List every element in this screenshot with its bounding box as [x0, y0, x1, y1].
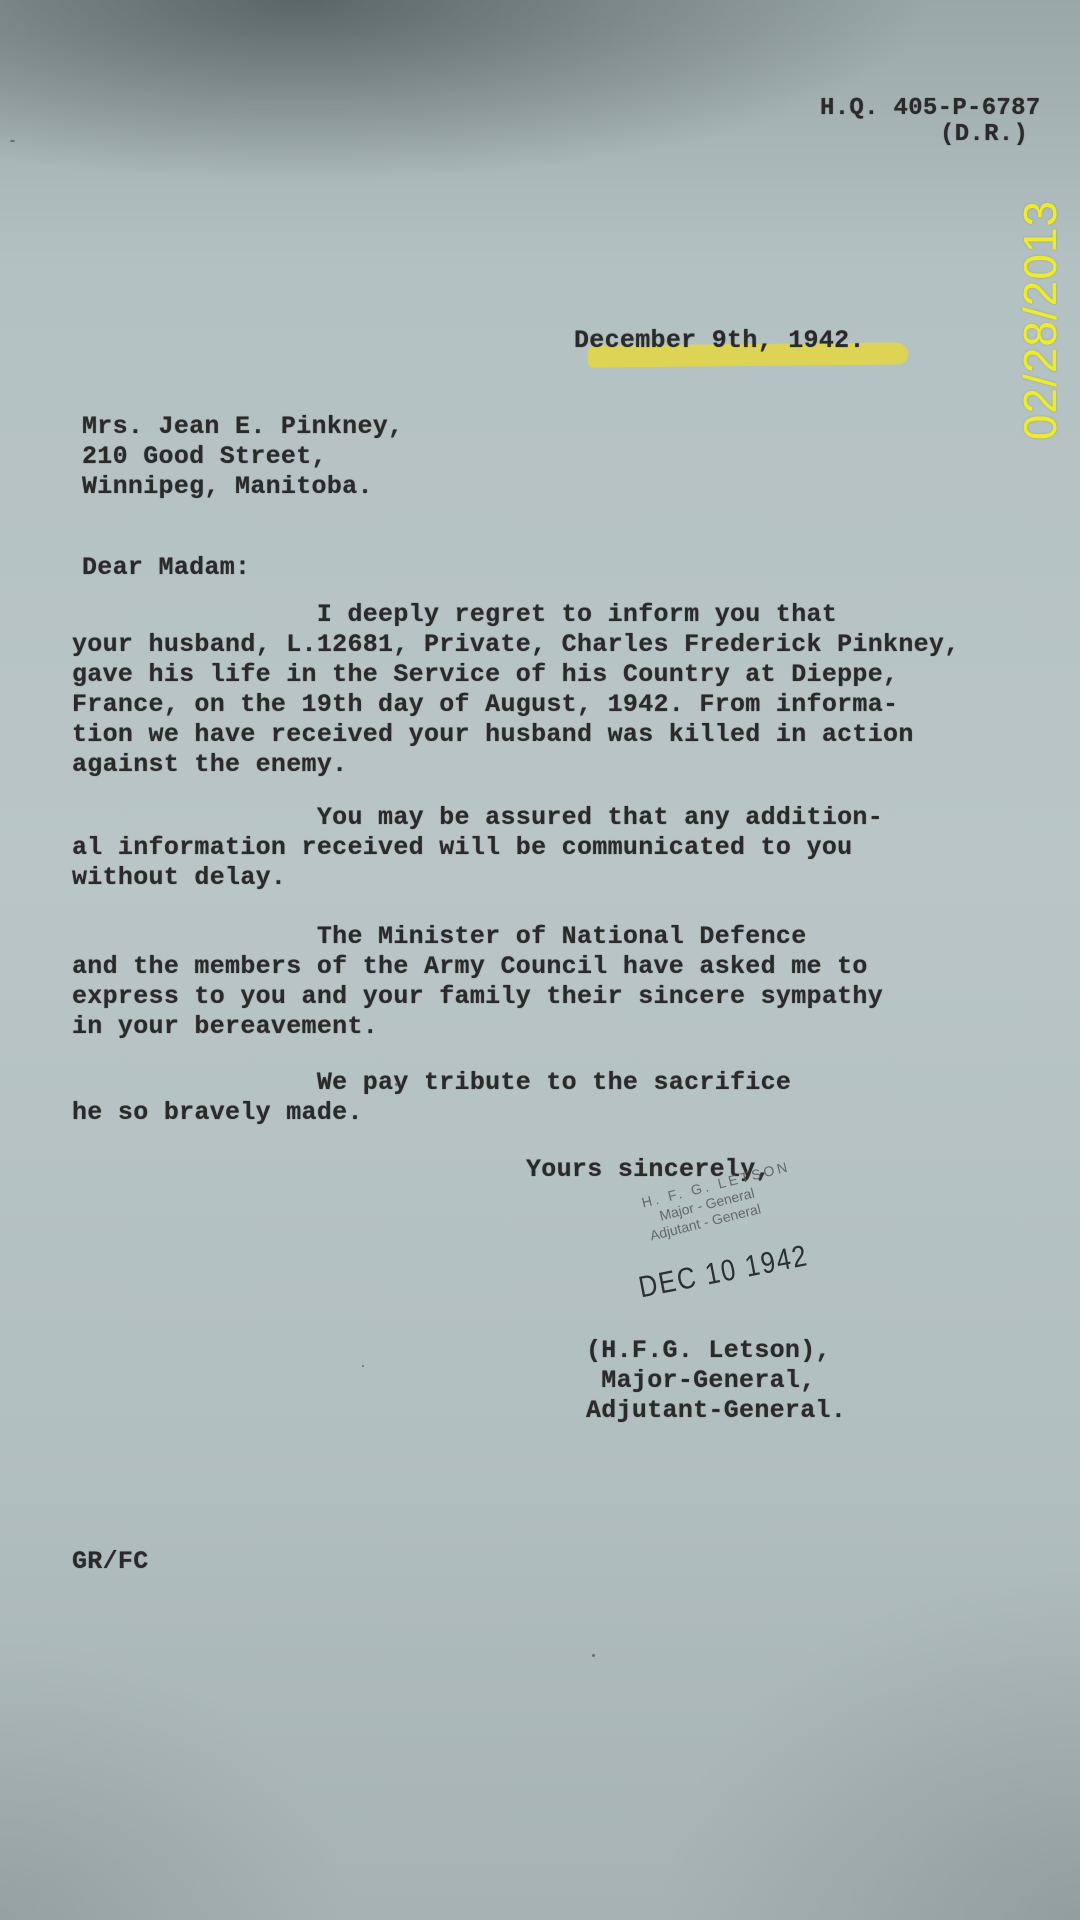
paper-speck: [362, 1365, 364, 1367]
signature-block: (H.F.G. Letson), Major-General, Adjutant…: [586, 1336, 846, 1426]
reference-code: (D.R.): [940, 122, 1028, 148]
recipient-street: 210 Good Street,: [82, 442, 327, 471]
letter-date-block: December 9th, 1942.: [574, 326, 865, 356]
reference-number: H.Q. 405-P-6787: [820, 96, 1041, 122]
signatory-title: Adjutant-General.: [586, 1396, 846, 1425]
body-paragraph-notification: I deeply regret to inform you that your …: [72, 600, 960, 780]
recipient-address: Mrs. Jean E. Pinkney, 210 Good Street, W…: [82, 412, 403, 502]
salutation: Dear Madam:: [82, 553, 250, 583]
recipient-name: Mrs. Jean E. Pinkney,: [82, 412, 403, 441]
paper-speck: [10, 140, 15, 142]
recipient-city: Winnipeg, Manitoba.: [82, 472, 373, 501]
reference-initials: GR/FC: [72, 1547, 149, 1577]
letter-date: December 9th, 1942.: [574, 326, 865, 356]
signatory-name: (H.F.G. Letson),: [586, 1336, 831, 1365]
paper-speck: [592, 1654, 595, 1657]
body-paragraph-tribute: We pay tribute to the sacrifice he so br…: [72, 1068, 791, 1128]
paper-speck: [395, 1083, 398, 1086]
body-paragraph-sympathy: The Minister of National Defence and the…: [72, 922, 883, 1042]
body-paragraph-further-info: You may be assured that any addition- al…: [72, 803, 883, 893]
photo-date-watermark: 02/28/2013: [1013, 200, 1067, 440]
signatory-rank: Major-General,: [586, 1366, 816, 1395]
